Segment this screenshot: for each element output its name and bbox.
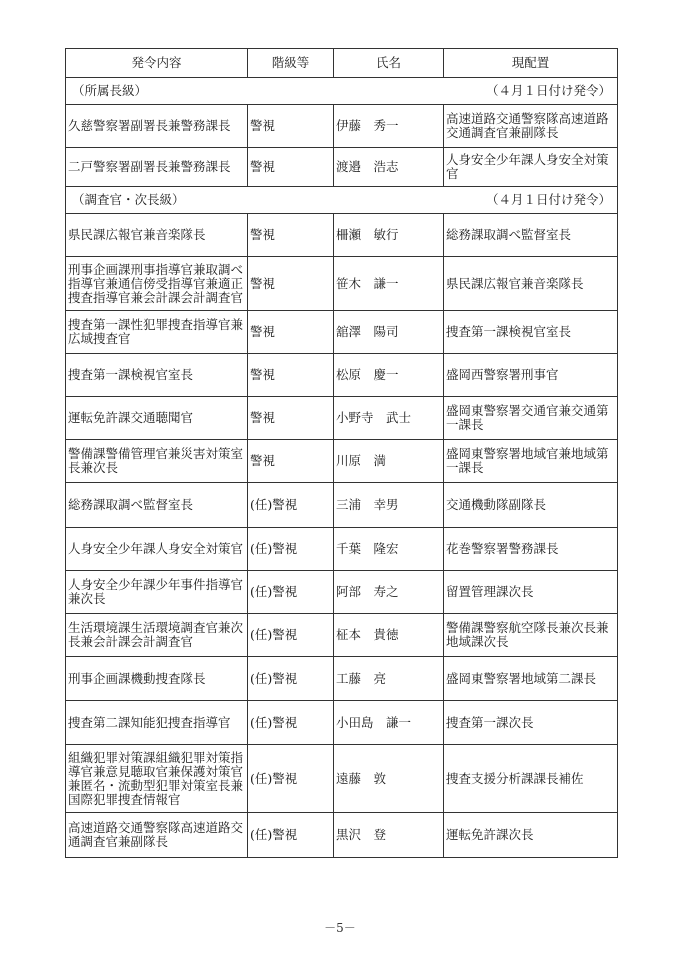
section-cell: （調査官・次長級）（４月１日付け発令） bbox=[66, 187, 618, 214]
order-cell: 人身安全少年課少年事件指導官兼次長 bbox=[66, 571, 248, 614]
name-cell: 柾本 貴徳 bbox=[334, 614, 444, 657]
rank-cell: (任)警視 bbox=[248, 528, 334, 571]
personnel-transfer-table: 発令内容 階級等 氏名 現配置 （所属長級）（４月１日付け発令）久慈警察署副署長… bbox=[65, 48, 618, 858]
rank-cell: 警視 bbox=[248, 440, 334, 483]
rank-cell: 警視 bbox=[248, 148, 334, 187]
order-cell: 捜査第一課検視官室長 bbox=[66, 354, 248, 397]
rank-cell: (任)警視 bbox=[248, 657, 334, 701]
name-cell: 笹木 謙一 bbox=[334, 257, 444, 311]
order-cell: 久慈警察署副署長兼警務課長 bbox=[66, 105, 248, 148]
name-cell: 小野寺 武士 bbox=[334, 397, 444, 440]
current-post-cell: 総務課取調べ監督室長 bbox=[444, 214, 618, 257]
header-order: 発令内容 bbox=[66, 49, 248, 78]
name-cell: 伊藤 秀一 bbox=[334, 105, 444, 148]
name-cell: 三浦 幸男 bbox=[334, 483, 444, 528]
current-post-cell: 交通機動隊副隊長 bbox=[444, 483, 618, 528]
name-cell: 阿部 寿之 bbox=[334, 571, 444, 614]
section-heading: （所属長級）（４月１日付け発令） bbox=[72, 84, 611, 98]
table-row: 捜査第一課性犯罪捜査指導官兼広域捜査官警視舘澤 陽司捜査第一課検視官室長 bbox=[66, 311, 618, 354]
current-post-cell: 盛岡東警察署交通官兼交通第一課長 bbox=[444, 397, 618, 440]
order-cell: 警備課警備管理官兼災害対策室長兼次長 bbox=[66, 440, 248, 483]
order-cell: 高速道路交通警察隊高速道路交通調査官兼副隊長 bbox=[66, 813, 248, 858]
rank-cell: 警視 bbox=[248, 354, 334, 397]
rank-cell: 警視 bbox=[248, 257, 334, 311]
name-cell: 舘澤 陽司 bbox=[334, 311, 444, 354]
rank-cell: (任)警視 bbox=[248, 745, 334, 813]
table-row: 組織犯罪対策課組織犯罪対策指導官兼意見聴取官兼保護対策官兼匿名・流動型犯罪対策室… bbox=[66, 745, 618, 813]
table-row: 警備課警備管理官兼災害対策室長兼次長警視川原 満盛岡東警察署地域官兼地域第一課長 bbox=[66, 440, 618, 483]
rank-cell: (任)警視 bbox=[248, 483, 334, 528]
section-row: （所属長級）（４月１日付け発令） bbox=[66, 78, 618, 105]
section-date-note: （４月１日付け発令） bbox=[486, 193, 611, 207]
name-cell: 黒沢 登 bbox=[334, 813, 444, 858]
order-cell: 捜査第一課性犯罪捜査指導官兼広域捜査官 bbox=[66, 311, 248, 354]
table-row: 刑事企画課刑事指導官兼取調べ指導官兼通信傍受指導官兼適正捜査指導官兼会計課会計調… bbox=[66, 257, 618, 311]
header-current-post: 現配置 bbox=[444, 49, 618, 78]
document-page: 発令内容 階級等 氏名 現配置 （所属長級）（４月１日付け発令）久慈警察署副署長… bbox=[0, 0, 680, 962]
name-cell: 渡邉 浩志 bbox=[334, 148, 444, 187]
order-cell: 生活環境課生活環境調査官兼次長兼会計課会計調査官 bbox=[66, 614, 248, 657]
current-post-cell: 警備課警察航空隊長兼次長兼地域課次長 bbox=[444, 614, 618, 657]
current-post-cell: 県民課広報官兼音楽隊長 bbox=[444, 257, 618, 311]
table-header-row: 発令内容 階級等 氏名 現配置 bbox=[66, 49, 618, 78]
table-row: 人身安全少年課少年事件指導官兼次長(任)警視阿部 寿之留置管理課次長 bbox=[66, 571, 618, 614]
order-cell: 刑事企画課機動捜査隊長 bbox=[66, 657, 248, 701]
current-post-cell: 人身安全少年課人身安全対策官 bbox=[444, 148, 618, 187]
order-cell: 総務課取調べ監督室長 bbox=[66, 483, 248, 528]
table-row: 久慈警察署副署長兼警務課長警視伊藤 秀一高速道路交通警察隊高速道路交通調査官兼副… bbox=[66, 105, 618, 148]
section-label: （調査官・次長級） bbox=[72, 193, 185, 207]
rank-cell: (任)警視 bbox=[248, 813, 334, 858]
section-date-note: （４月１日付け発令） bbox=[486, 84, 611, 98]
rank-cell: (任)警視 bbox=[248, 571, 334, 614]
name-cell: 川原 満 bbox=[334, 440, 444, 483]
section-label: （所属長級） bbox=[72, 84, 147, 98]
current-post-cell: 捜査支援分析課課長補佐 bbox=[444, 745, 618, 813]
rank-cell: 警視 bbox=[248, 105, 334, 148]
order-cell: 刑事企画課刑事指導官兼取調べ指導官兼通信傍受指導官兼適正捜査指導官兼会計課会計調… bbox=[66, 257, 248, 311]
table-row: 人身安全少年課人身安全対策官(任)警視千葉 隆宏花巻警察署警務課長 bbox=[66, 528, 618, 571]
table-row: 二戸警察署副署長兼警務課長警視渡邉 浩志人身安全少年課人身安全対策官 bbox=[66, 148, 618, 187]
table-row: 刑事企画課機動捜査隊長(任)警視工藤 亮盛岡東警察署地域第二課長 bbox=[66, 657, 618, 701]
current-post-cell: 盛岡東警察署地域官兼地域第一課長 bbox=[444, 440, 618, 483]
table-row: 捜査第一課検視官室長警視松原 慶一盛岡西警察署刑事官 bbox=[66, 354, 618, 397]
header-rank: 階級等 bbox=[248, 49, 334, 78]
table-body: （所属長級）（４月１日付け発令）久慈警察署副署長兼警務課長警視伊藤 秀一高速道路… bbox=[66, 78, 618, 858]
section-cell: （所属長級）（４月１日付け発令） bbox=[66, 78, 618, 105]
rank-cell: (任)警視 bbox=[248, 614, 334, 657]
name-cell: 柵瀬 敏行 bbox=[334, 214, 444, 257]
current-post-cell: 捜査第一課次長 bbox=[444, 701, 618, 745]
order-cell: 人身安全少年課人身安全対策官 bbox=[66, 528, 248, 571]
section-row: （調査官・次長級）（４月１日付け発令） bbox=[66, 187, 618, 214]
name-cell: 松原 慶一 bbox=[334, 354, 444, 397]
order-cell: 運転免許課交通聴聞官 bbox=[66, 397, 248, 440]
rank-cell: 警視 bbox=[248, 311, 334, 354]
table-row: 運転免許課交通聴聞官警視小野寺 武士盛岡東警察署交通官兼交通第一課長 bbox=[66, 397, 618, 440]
current-post-cell: 盛岡東警察署地域第二課長 bbox=[444, 657, 618, 701]
name-cell: 小田島 謙一 bbox=[334, 701, 444, 745]
name-cell: 千葉 隆宏 bbox=[334, 528, 444, 571]
header-name: 氏名 bbox=[334, 49, 444, 78]
order-cell: 二戸警察署副署長兼警務課長 bbox=[66, 148, 248, 187]
name-cell: 遠藤 敦 bbox=[334, 745, 444, 813]
current-post-cell: 高速道路交通警察隊高速道路交通調査官兼副隊長 bbox=[444, 105, 618, 148]
current-post-cell: 留置管理課次長 bbox=[444, 571, 618, 614]
current-post-cell: 盛岡西警察署刑事官 bbox=[444, 354, 618, 397]
current-post-cell: 運転免許課次長 bbox=[444, 813, 618, 858]
table-row: 総務課取調べ監督室長(任)警視三浦 幸男交通機動隊副隊長 bbox=[66, 483, 618, 528]
rank-cell: (任)警視 bbox=[248, 701, 334, 745]
table-row: 県民課広報官兼音楽隊長警視柵瀬 敏行総務課取調べ監督室長 bbox=[66, 214, 618, 257]
page-number: －5－ bbox=[0, 919, 680, 936]
order-cell: 捜査第二課知能犯捜査指導官 bbox=[66, 701, 248, 745]
table-row: 捜査第二課知能犯捜査指導官(任)警視小田島 謙一捜査第一課次長 bbox=[66, 701, 618, 745]
current-post-cell: 捜査第一課検視官室長 bbox=[444, 311, 618, 354]
order-cell: 県民課広報官兼音楽隊長 bbox=[66, 214, 248, 257]
table-row: 生活環境課生活環境調査官兼次長兼会計課会計調査官(任)警視柾本 貴徳警備課警察航… bbox=[66, 614, 618, 657]
table-row: 高速道路交通警察隊高速道路交通調査官兼副隊長(任)警視黒沢 登運転免許課次長 bbox=[66, 813, 618, 858]
order-cell: 組織犯罪対策課組織犯罪対策指導官兼意見聴取官兼保護対策官兼匿名・流動型犯罪対策室… bbox=[66, 745, 248, 813]
current-post-cell: 花巻警察署警務課長 bbox=[444, 528, 618, 571]
name-cell: 工藤 亮 bbox=[334, 657, 444, 701]
rank-cell: 警視 bbox=[248, 214, 334, 257]
section-heading: （調査官・次長級）（４月１日付け発令） bbox=[72, 193, 611, 207]
rank-cell: 警視 bbox=[248, 397, 334, 440]
